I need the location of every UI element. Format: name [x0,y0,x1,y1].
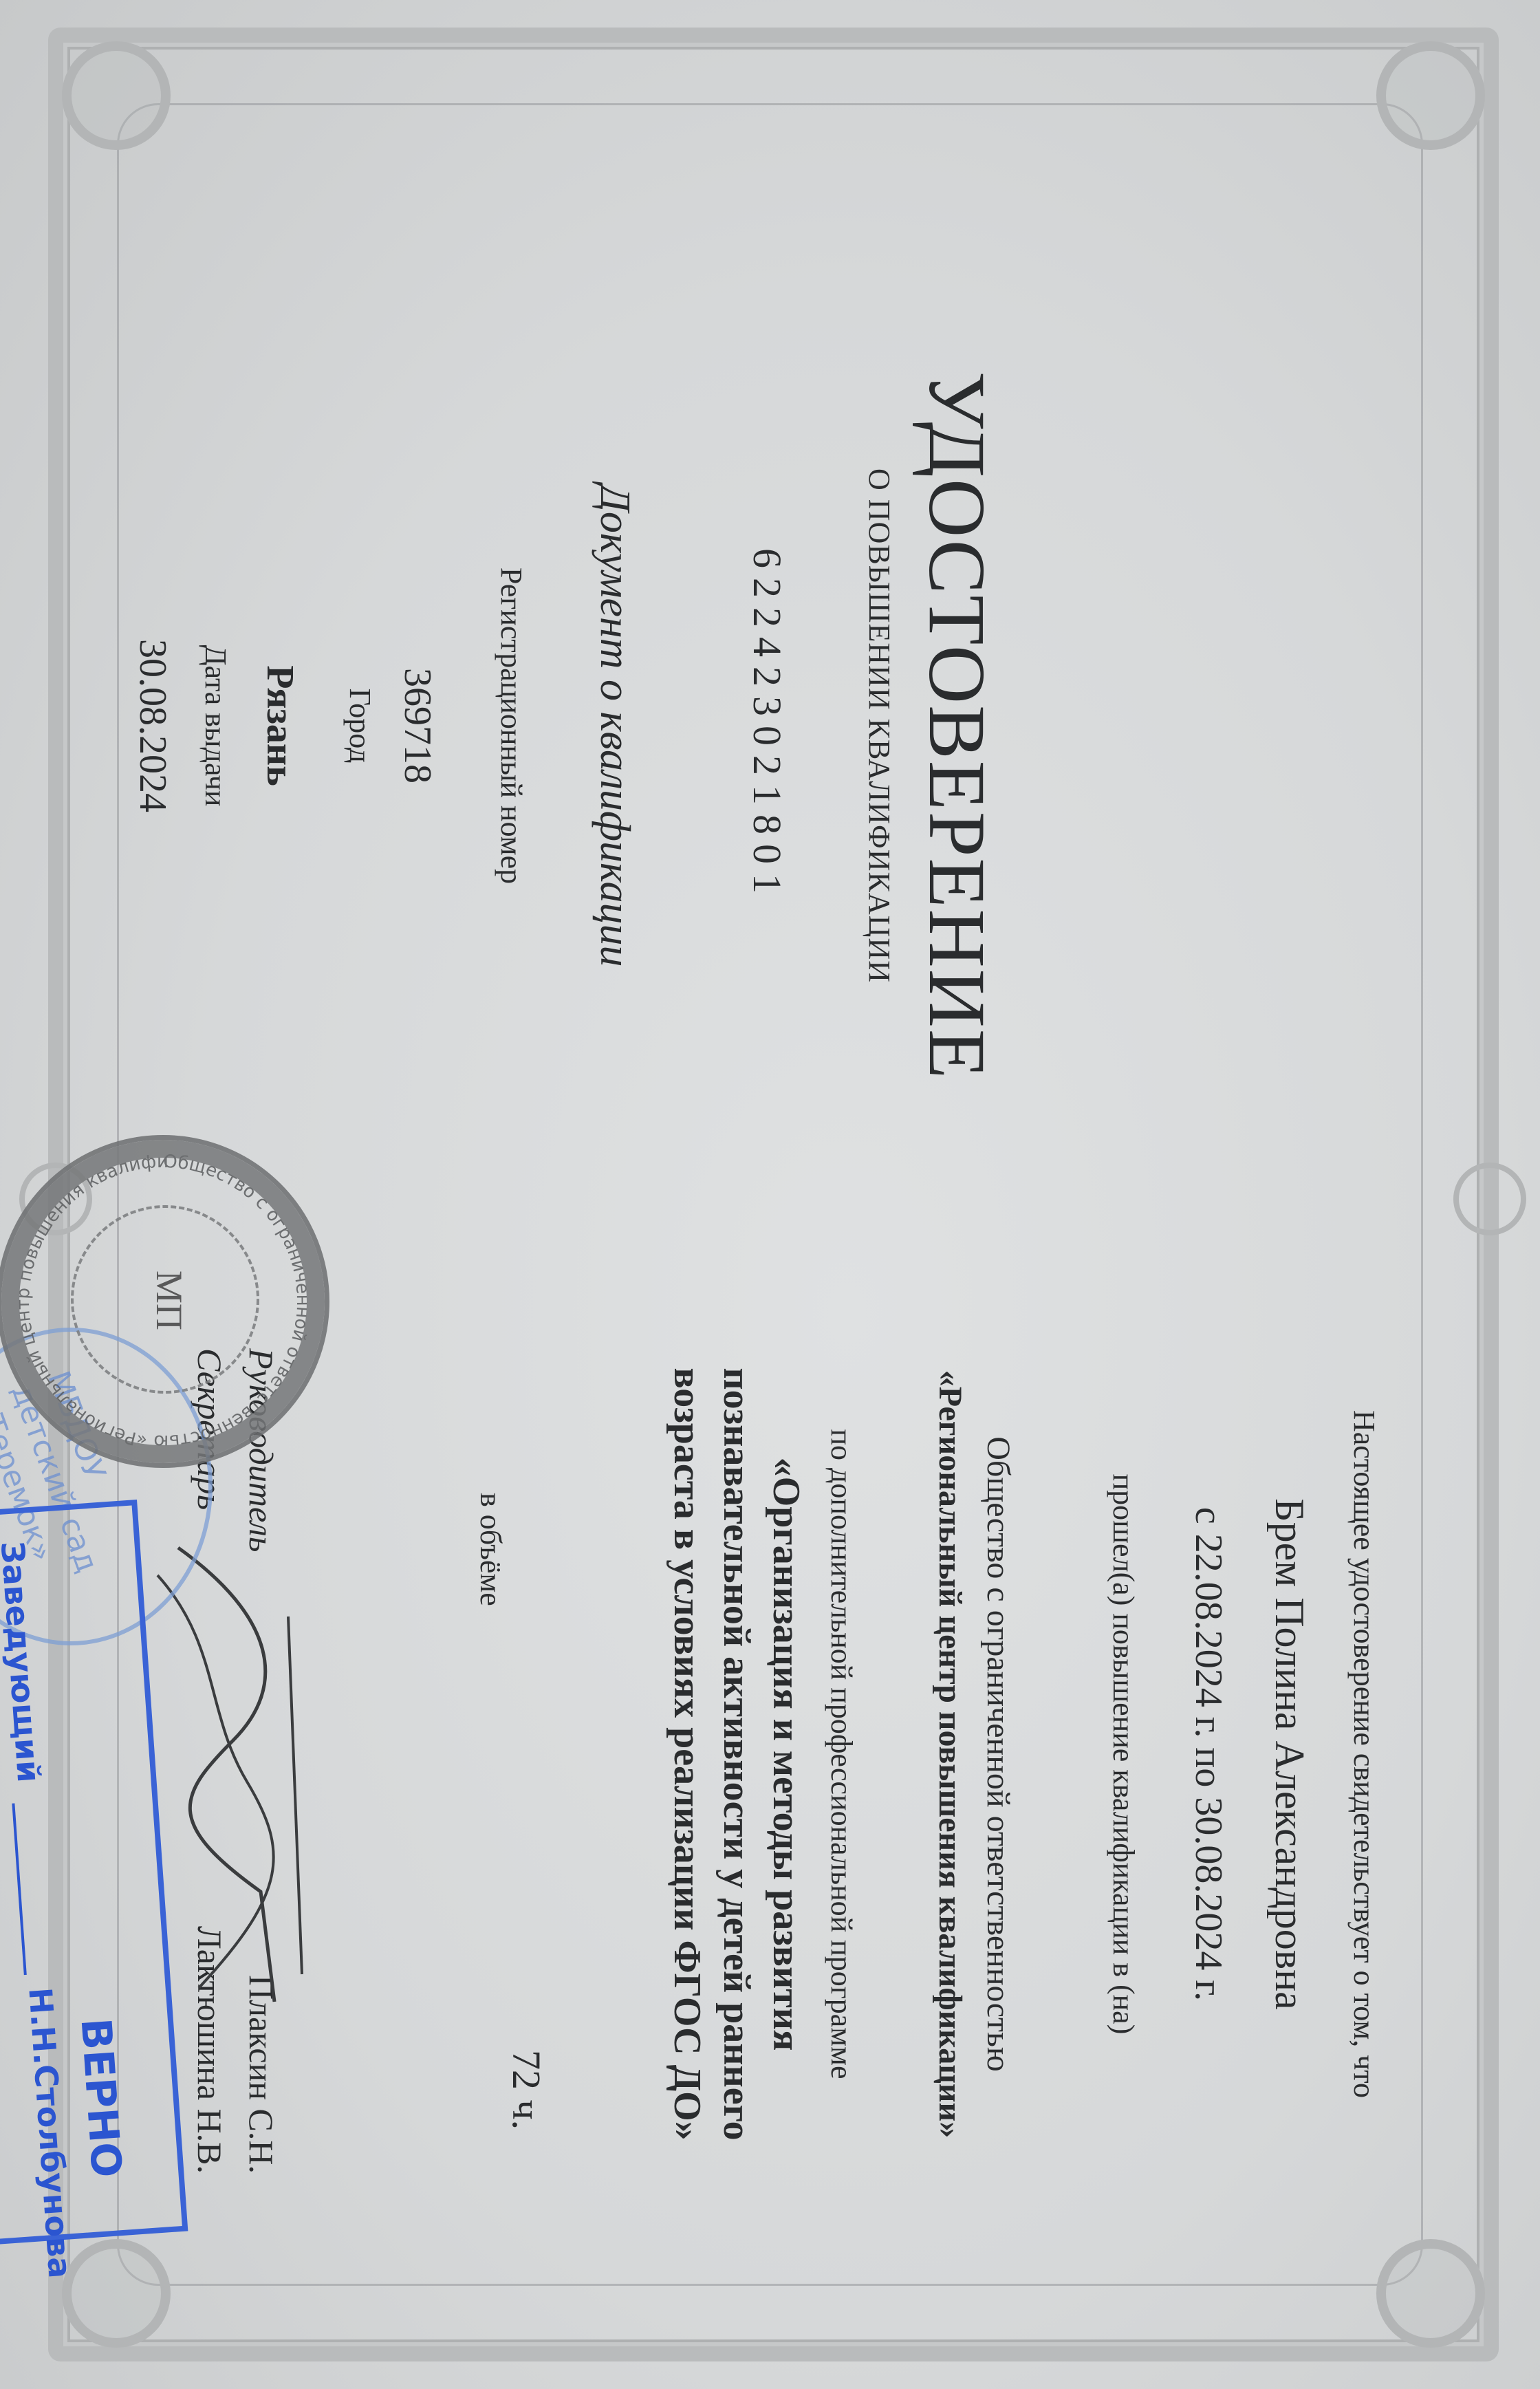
city-label: Город [343,261,378,1190]
signature-line [12,1803,26,1975]
intro-text: Настоящее удостоверение свидетельствует … [1347,1307,1382,2201]
issue-date: 30.08.2024 [131,261,175,1190]
certified-title: ВЕРНО [72,2017,131,2179]
holder-name: Брем Полина Александровна [1266,1307,1313,2201]
seal-mp-label: МП [148,1271,191,1330]
corner-ornament [1376,41,1485,150]
registration-label: Регистрационный номер [494,261,529,1190]
organization-type: Общество с ограниченной ответственностью [979,1307,1017,2201]
corner-ornament [1376,2239,1485,2348]
document-subtitle: о повышении квалификации [862,261,897,1190]
registration-number: 369718 [395,261,440,1190]
issue-date-label: Дата выдачи [198,261,233,1190]
certifier-name: Н.Н.Столбунова [21,1987,78,2280]
program-title: «Организация и методы развития познавате… [662,1348,811,2160]
organization-name: «Региональный центр повышения квалификац… [931,1307,969,2201]
certifier-position: Заведующий [0,1540,47,1784]
city-value: Рязань [258,261,302,1190]
document-number: 622423021801 [744,261,790,1190]
passed-text: прошел(а) повышение квалификации в (на) [1106,1307,1141,2201]
document-type: Документ о квалификации [590,261,639,1190]
volume-label: в объёме [473,1493,508,1606]
corner-ornament [62,2239,171,2348]
training-period: с 22.08.2024 г. по 30.08.2024 г. [1186,1307,1230,2201]
organization-seal: Общество с ограниченной ответственностью… [0,1135,329,1468]
certificate-cover-half: УДОСТОВЕРЕНИЕ о повышении квалификации 6… [0,261,1540,1190]
document-title: УДОСТОВЕРЕНИЕ [910,261,1004,1190]
certificate-sheet: УДОСТОВЕРЕНИЕ о повышении квалификации 6… [0,0,1540,2389]
corner-ornament [62,41,171,150]
volume-hours: 72 ч. [503,2050,550,2130]
program-label: по дополнительной профессиональной прогр… [824,1307,859,2201]
